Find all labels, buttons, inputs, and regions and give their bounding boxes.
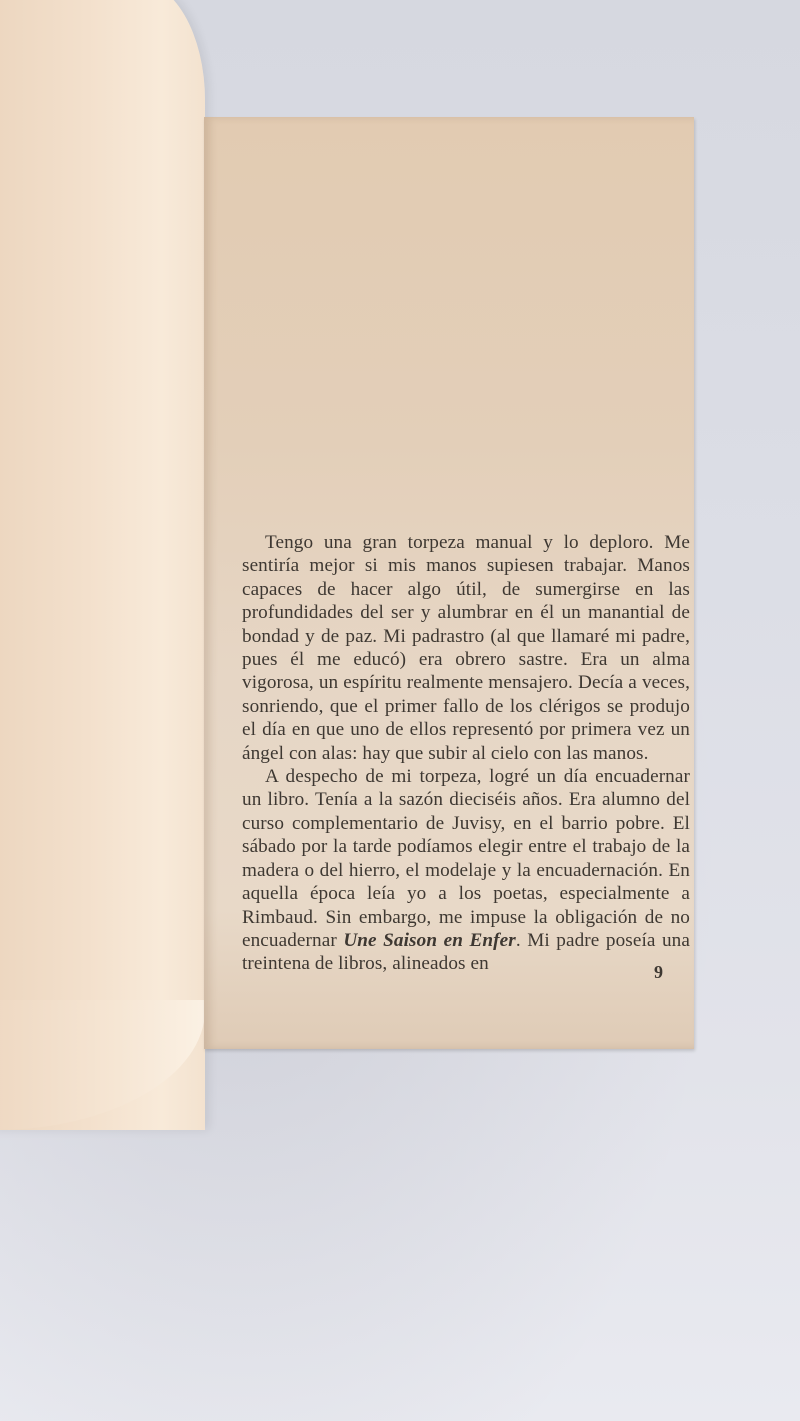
page-body-text: Tengo una gran torpeza manual y lo deplo… — [242, 531, 690, 976]
left-page-curled — [0, 0, 205, 1130]
book-title-italic: Une Saison en Enfer — [343, 930, 515, 951]
paragraph-2: A despecho de mi torpeza, logré un día e… — [242, 765, 690, 976]
paragraph-1: Tengo una gran torpeza manual y lo deplo… — [242, 531, 690, 765]
paragraph-2-start: A despecho de mi torpeza, logré un día e… — [242, 766, 690, 951]
book-photo-scene: Tengo una gran torpeza manual y lo deplo… — [0, 0, 800, 1421]
page-number: 9 — [645, 962, 663, 983]
